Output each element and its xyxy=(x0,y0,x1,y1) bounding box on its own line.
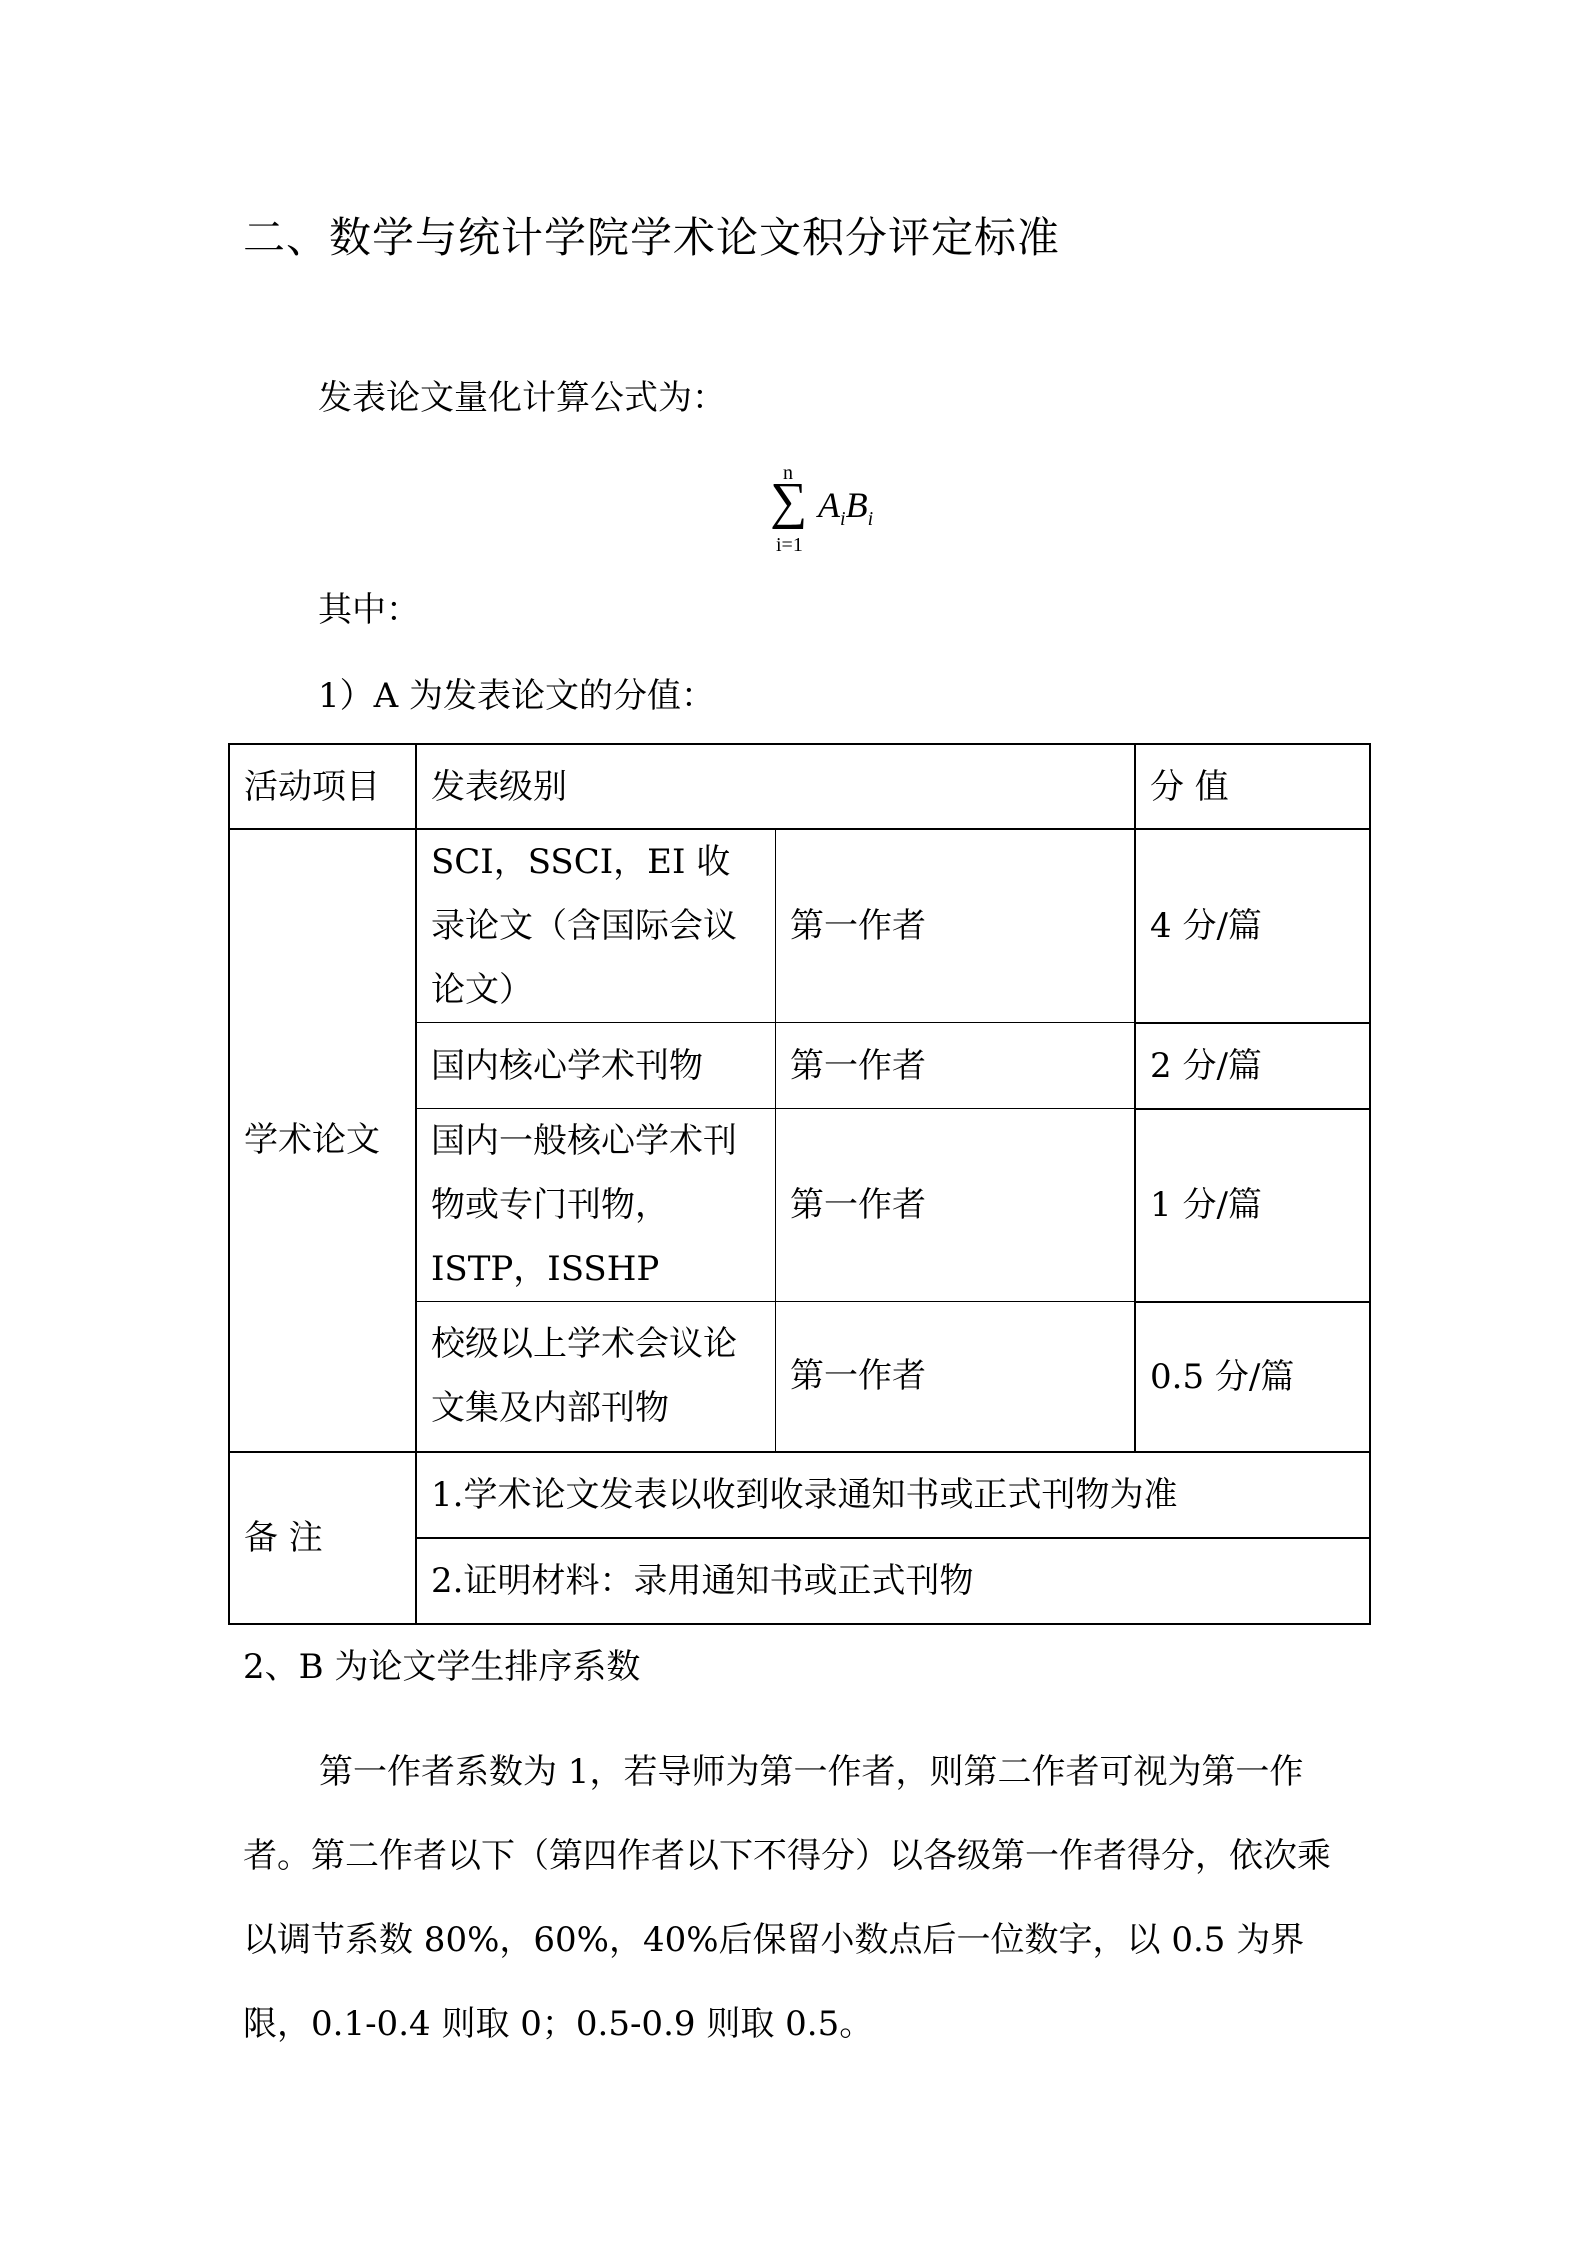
score-cell: 4 分/篇 xyxy=(1135,829,1370,1023)
coefficient-paragraph: 第一作者系数为 1，若导师为第一作者，则第二作者可视为第一作者。第二作者以下（第… xyxy=(243,1730,1363,2066)
item2-text: 2、B 为论文学生排序系数 xyxy=(243,1647,640,1687)
table-header-row: 活动项目 发表级别 分 值 xyxy=(229,744,1370,829)
header-level: 发表级别 xyxy=(416,744,1135,829)
author-cell: 第一作者 xyxy=(776,1109,1136,1302)
intro-text: 发表论文量化计算公式为： xyxy=(318,378,726,418)
header-score: 分 值 xyxy=(1135,744,1370,829)
author-cell: 第一作者 xyxy=(776,1302,1136,1452)
formula-lower: i=1 xyxy=(776,534,803,557)
formula-term: AiBi xyxy=(818,484,873,531)
note-1: 1.学术论文发表以收到收录通知书或正式刊物为准 xyxy=(416,1452,1370,1538)
level-cell: SCI，SSCI，EI 收录论文（含国际会议论文） xyxy=(416,829,776,1023)
sigma-symbol: ∑ xyxy=(770,476,807,528)
score-cell: 0.5 分/篇 xyxy=(1135,1302,1370,1452)
level-cell: 校级以上学术会议论文集及内部刊物 xyxy=(416,1302,776,1452)
score-cell: 1 分/篇 xyxy=(1135,1109,1370,1302)
notes-row: 备 注 1.学术论文发表以收到收录通知书或正式刊物为准 xyxy=(229,1452,1370,1538)
level-cell: 国内核心学术刊物 xyxy=(416,1023,776,1109)
page-title: 二、数学与统计学院学术论文积分评定标准 xyxy=(243,205,1060,265)
sum-formula: n ∑ i=1 AiBi xyxy=(770,462,910,562)
author-cell: 第一作者 xyxy=(776,1023,1136,1109)
table-row: 学术论文 SCI，SSCI，EI 收录论文（含国际会议论文） 第一作者 4 分/… xyxy=(229,829,1370,1023)
score-table: 活动项目 发表级别 分 值 学术论文 SCI，SSCI，EI 收录论文（含国际会… xyxy=(228,743,1371,1625)
note-2: 2.证明材料：录用通知书或正式刊物 xyxy=(416,1538,1370,1624)
where-text: 其中： xyxy=(318,590,420,630)
author-cell: 第一作者 xyxy=(776,829,1136,1023)
category-cell: 学术论文 xyxy=(229,829,416,1452)
notes-label: 备 注 xyxy=(229,1452,416,1624)
item1-text: 1）A 为发表论文的分值： xyxy=(318,676,715,716)
score-cell: 2 分/篇 xyxy=(1135,1023,1370,1109)
header-activity: 活动项目 xyxy=(229,744,416,829)
level-cell: 国内一般核心学术刊物或专门刊物，ISTP，ISSHP xyxy=(416,1109,776,1302)
